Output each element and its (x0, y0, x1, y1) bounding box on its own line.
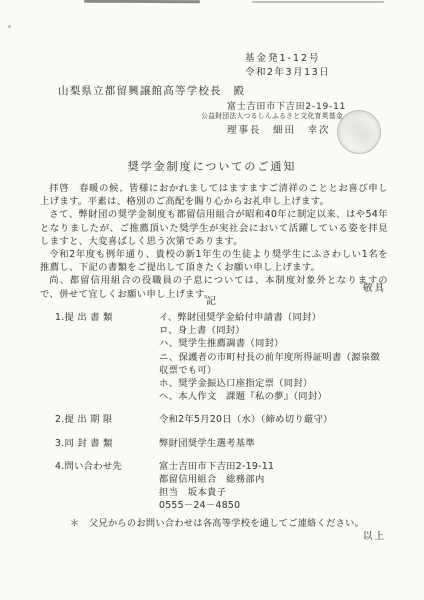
item-line: 令和2年5月20日（水）（締め切り厳守） (159, 413, 383, 426)
body-paragraph: 令和2年度も例年通り、貴校の新1年生の生徒より奨学生にふさわしい1名を推薦し、下… (40, 248, 388, 274)
body-paragraph: さて、弊財団の奨学金制度も都留信用組合が昭和40年に制定以来、はや54年となりま… (40, 208, 388, 248)
item-line: ハ、奨学生推薦調書（同封） (159, 337, 383, 350)
item-label: 3.同 封 書 類 (55, 437, 159, 450)
record-marker: 記 (0, 293, 424, 307)
sender-organization: 公益財団法人つるしんふるさと文化育英基金 (201, 110, 343, 120)
list-item-documents: 1.提 出 書 類 イ、弊財団奨学金給付申請書（同封） ロ、身上書（同封） ハ、… (55, 311, 387, 403)
item-line: イ、弊財団奨学金給付申請書（同封） (159, 311, 383, 324)
item-label: 2.提 出 期 限 (55, 413, 159, 426)
item-line: 担当 坂本貴子 (159, 486, 383, 499)
scanned-letter-page: 基金発1-12号 令和2年3月13日 山梨県立都留興譲館高等学校長 殿 富士吉田… (0, 0, 424, 600)
list-item-contact: 4.問い合わせ先 富士吉田市下吉田2-19-11 都留信用組合 総務部内 担当 … (55, 460, 387, 513)
doc-number: 基金発1-12号 (245, 50, 321, 64)
item-line: 0555－24－4850 (159, 499, 383, 512)
item-line: 都留信用組合 総務部内 (159, 473, 383, 486)
item-line: ニ、保護者の市町村長の前年度所得証明書（源泉徴収票でも可） (159, 351, 383, 377)
item-line: 富士吉田市下吉田2-19-11 (159, 460, 383, 473)
list-item-deadline: 2.提 出 期 限 令和2年5月20日（水）（締め切り厳守） (55, 413, 387, 426)
list-item-enclosed: 3.同 封 書 類 弊財団奨学生選考基準 (55, 437, 387, 450)
closing-keigu: 敬具 (363, 280, 386, 294)
parent-inquiry-note: ＊ 父兄からのお問い合わせは各高等学校を通してご連絡ください。 (70, 515, 364, 529)
item-label: 1.提 出 書 類 (55, 311, 159, 324)
scan-artifact (252, 1, 384, 3)
letter-body: 拝啓 春暖の候、皆様におかれましてはますますご清祥のこととお喜び申し上げます。平… (40, 182, 388, 301)
letter-title: 奨学金制度についてのご通知 (0, 158, 424, 174)
body-paragraph: 拝啓 春暖の候、皆様におかれましてはますますご清祥のこととお喜び申し上げます。平… (40, 182, 388, 208)
addressee: 山梨県立都留興譲館高等学校長 殿 (58, 83, 245, 98)
doc-date: 令和2年3月13日 (245, 64, 330, 78)
item-line: ヘ、本人作文 課題『私の夢』（同封） (159, 390, 383, 403)
item-line: 弊財団奨学生選考基準 (159, 437, 383, 450)
item-line: ロ、身上書（同封） (159, 324, 383, 337)
scan-speck (8, 25, 11, 28)
scan-artifact (84, 0, 200, 3)
end-marker-ijo: 以上 (363, 528, 386, 542)
enclosure-list: 1.提 出 書 類 イ、弊財団奨学金給付申請書（同封） ロ、身上書（同封） ハ、… (55, 311, 387, 513)
sender-representative: 理事長 細田 幸次 (227, 122, 331, 136)
item-label: 4.問い合わせ先 (55, 460, 159, 473)
item-line: ホ、奨学金振込口座指定票（同封） (159, 377, 383, 390)
